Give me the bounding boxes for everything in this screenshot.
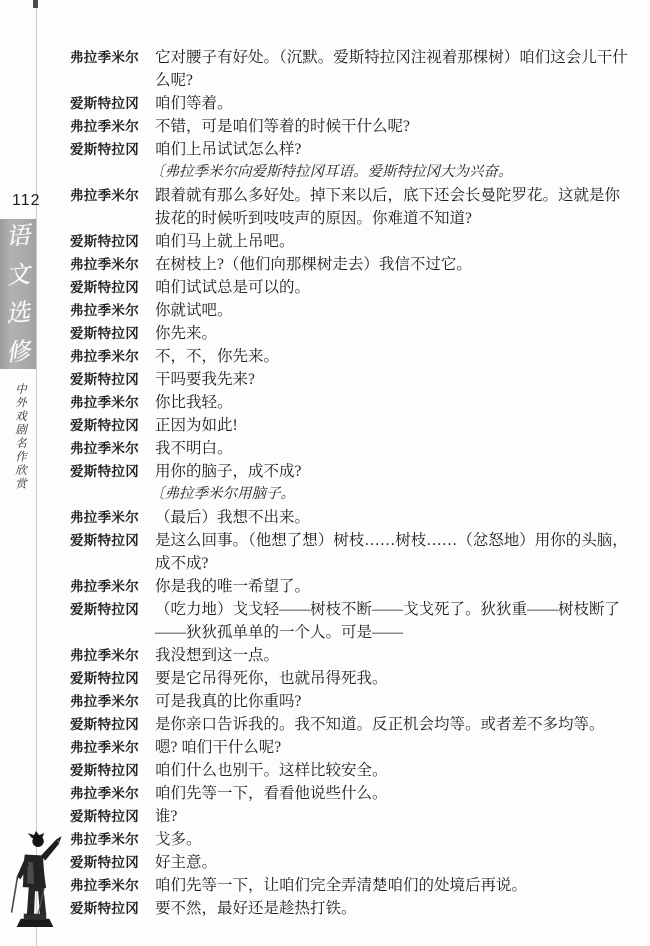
dialogue-row: 爱斯特拉冈咱们等着。 [70, 92, 633, 115]
dialogue-text: 你就试吧。 [155, 299, 633, 322]
speaker-name: 爱斯特拉冈 [70, 598, 155, 621]
spine-band: 语 文 选 修 [0, 219, 36, 369]
dialogue-row: 弗拉季米尔你比我轻。 [70, 391, 633, 414]
dialogue-text: 干吗要我先来? [155, 368, 633, 391]
dialogue-text: 要是它吊得死你，也就吊得死我。 [155, 667, 633, 690]
dialogue-text: 咱们试试总是可以的。 [155, 276, 633, 299]
speaker-name: 爱斯特拉冈 [70, 460, 155, 483]
dialogue-row: 弗拉季米尔跟着就有那么多好处。掉下来以后，底下还会长曼陀罗花。这就是你拔花的时候… [70, 184, 633, 230]
speaker-name: 弗拉季米尔 [70, 391, 155, 414]
dialogue-row: 爱斯特拉冈干吗要我先来? [70, 368, 633, 391]
dialogue-text: 你是我的唯一希望了。 [155, 575, 633, 598]
dialogue-text: 戈多。 [155, 828, 633, 851]
speaker-name: 爱斯特拉冈 [70, 368, 155, 391]
dialogue-text: 正因为如此! [155, 414, 633, 437]
dialogue-row: 弗拉季米尔在树枝上?（他们向那棵树走去）我信不过它。 [70, 253, 633, 276]
dialogue-text: 我不明白。 [155, 437, 633, 460]
speaker-name: 爱斯特拉冈 [70, 138, 155, 161]
play-script: 弗拉季米尔它对腰子有好处。（沉默。爱斯特拉冈注视着那棵树）咱们这会儿干什么呢?爱… [70, 46, 633, 920]
dialogue-row: 弗拉季米尔咱们先等一下，看看他说些什么。 [70, 782, 633, 805]
dialogue-text: 嗯? 咱们干什么呢? [155, 736, 633, 759]
dialogue-row: 弗拉季米尔不，不，你先来。 [70, 345, 633, 368]
dialogue-text: 可是我真的比你重吗? [155, 690, 633, 713]
dialogue-text: 咱们上吊试试怎么样? [155, 138, 633, 161]
speaker-name: 弗拉季米尔 [70, 575, 155, 598]
speaker-name: 爱斯特拉冈 [70, 851, 155, 874]
spine-char: 修 [5, 339, 31, 365]
speaker-name: 弗拉季米尔 [70, 299, 155, 322]
speaker-name: 爱斯特拉冈 [70, 529, 155, 552]
page-number: 112 [12, 192, 41, 210]
stage-direction-text: 〔弗拉季米尔用脑子。 [150, 483, 295, 506]
dialogue-text: （吃力地）戈戈轻——树枝不断——戈戈死了。狄狄重——树枝断了——狄狄孤单单的一个… [155, 598, 633, 644]
dialogue-row: 爱斯特拉冈正因为如此! [70, 414, 633, 437]
dialogue-text: 你先来。 [155, 322, 633, 345]
dialogue-text: 咱们什么也别干。这样比较安全。 [155, 759, 633, 782]
speaker-name: 弗拉季米尔 [70, 115, 155, 138]
dialogue-row: 爱斯特拉冈谁? [70, 805, 633, 828]
dialogue-row: 爱斯特拉冈要不然，最好还是趁热打铁。 [70, 897, 633, 920]
dialogue-text: 跟着就有那么多好处。掉下来以后，底下还会长曼陀罗花。这就是你拔花的时候听到吱吱声… [155, 184, 633, 230]
dialogue-row: 弗拉季米尔它对腰子有好处。（沉默。爱斯特拉冈注视着那棵树）咱们这会儿干什么呢? [70, 46, 633, 92]
dialogue-row: 爱斯特拉冈是你亲口告诉我的。我不知道。反正机会均等。或者差不多均等。 [70, 713, 633, 736]
dialogue-text: 要不然，最好还是趁热打铁。 [155, 897, 633, 920]
speaker-name: 爱斯特拉冈 [70, 92, 155, 115]
dialogue-text: 咱们等着。 [155, 92, 633, 115]
speaker-name: 爱斯特拉冈 [70, 897, 155, 920]
statue-illustration [7, 829, 63, 929]
speaker-name: 弗拉季米尔 [70, 782, 155, 805]
dialogue-row: 爱斯特拉冈要是它吊得死你，也就吊得死我。 [70, 667, 633, 690]
speaker-name: 爱斯特拉冈 [70, 759, 155, 782]
dialogue-text: 是你亲口告诉我的。我不知道。反正机会均等。或者差不多均等。 [155, 713, 633, 736]
dialogue-text: （最后）我想不出来。 [155, 506, 633, 529]
speaker-name: 弗拉季米尔 [70, 184, 155, 207]
dialogue-row: 弗拉季米尔你是我的唯一希望了。 [70, 575, 633, 598]
dialogue-row: 爱斯特拉冈（吃力地）戈戈轻——树枝不断——戈戈死了。狄狄重——树枝断了——狄狄孤… [70, 598, 633, 644]
dialogue-text: 不，不，你先来。 [155, 345, 633, 368]
speaker-name: 弗拉季米尔 [70, 46, 155, 69]
dialogue-row: 爱斯特拉冈咱们马上就上吊吧。 [70, 230, 633, 253]
stage-direction-text: 〔弗拉季米尔向爱斯特拉冈耳语。爱斯特拉冈大为兴奋。 [150, 161, 513, 184]
dialogue-row: 弗拉季米尔不错，可是咱们等着的时候干什么呢? [70, 115, 633, 138]
speaker-name: 弗拉季米尔 [70, 437, 155, 460]
dialogue-row: 爱斯特拉冈用你的脑子，成不成? [70, 460, 633, 483]
dialogue-text: 它对腰子有好处。（沉默。爱斯特拉冈注视着那棵树）咱们这会儿干什么呢? [155, 46, 633, 92]
dialogue-text: 在树枝上?（他们向那棵树走去）我信不过它。 [155, 253, 633, 276]
spine-char: 语 [5, 223, 31, 249]
dialogue-row: 爱斯特拉冈咱们上吊试试怎么样? [70, 138, 633, 161]
dialogue-text: 你比我轻。 [155, 391, 633, 414]
speaker-name: 弗拉季米尔 [70, 253, 155, 276]
speaker-name: 爱斯特拉冈 [70, 322, 155, 345]
dialogue-text: 用你的脑子，成不成? [155, 460, 633, 483]
dialogue-row: 爱斯特拉冈是这么回事。（他想了想）树枝……树枝……（忿怒地）用你的头脑，成不成? [70, 529, 633, 575]
dialogue-row: 弗拉季米尔你就试吧。 [70, 299, 633, 322]
dialogue-row: 爱斯特拉冈你先来。 [70, 322, 633, 345]
speaker-name: 爱斯特拉冈 [70, 230, 155, 253]
margin-rule [36, 0, 37, 946]
book-page: 112 语 文 选 修 中外戏剧名作欣赏 弗拉季米尔它对腰子有好处。（沉默。爱斯… [0, 0, 650, 946]
speaker-name: 弗拉季米尔 [70, 644, 155, 667]
speaker-name: 爱斯特拉冈 [70, 414, 155, 437]
dialogue-row: 爱斯特拉冈咱们试试总是可以的。 [70, 276, 633, 299]
dialogue-row: 弗拉季米尔（最后）我想不出来。 [70, 506, 633, 529]
speaker-name: 弗拉季米尔 [70, 828, 155, 851]
dialogue-text: 不错，可是咱们等着的时候干什么呢? [155, 115, 633, 138]
speaker-name: 弗拉季米尔 [70, 506, 155, 529]
speaker-name: 弗拉季米尔 [70, 874, 155, 897]
speaker-name: 弗拉季米尔 [70, 690, 155, 713]
dialogue-text: 我没想到这一点。 [155, 644, 633, 667]
dialogue-row: 弗拉季米尔咱们先等一下，让咱们完全弄清楚咱们的处境后再说。 [70, 874, 633, 897]
speaker-name: 弗拉季米尔 [70, 736, 155, 759]
dialogue-row: 弗拉季米尔我不明白。 [70, 437, 633, 460]
dialogue-row: 爱斯特拉冈咱们什么也别干。这样比较安全。 [70, 759, 633, 782]
speaker-name: 爱斯特拉冈 [70, 276, 155, 299]
stage-direction-row: 〔弗拉季米尔向爱斯特拉冈耳语。爱斯特拉冈大为兴奋。 [70, 161, 633, 184]
speaker-name: 弗拉季米尔 [70, 345, 155, 368]
dialogue-row: 爱斯特拉冈好主意。 [70, 851, 633, 874]
dialogue-text: 咱们先等一下，让咱们完全弄清楚咱们的处境后再说。 [155, 874, 633, 897]
stage-direction-row: 〔弗拉季米尔用脑子。 [70, 483, 633, 506]
spine-char: 文 [5, 262, 31, 288]
dialogue-text: 咱们先等一下，看看他说些什么。 [155, 782, 633, 805]
dialogue-row: 弗拉季米尔嗯? 咱们干什么呢? [70, 736, 633, 759]
dialogue-rows: 弗拉季米尔它对腰子有好处。（沉默。爱斯特拉冈注视着那棵树）咱们这会儿干什么呢?爱… [70, 46, 633, 920]
dialogue-text: 谁? [155, 805, 633, 828]
dialogue-text: 是这么回事。（他想了想）树枝……树枝……（忿怒地）用你的头脑，成不成? [155, 529, 633, 575]
spine-char: 选 [5, 300, 31, 326]
dialogue-row: 弗拉季米尔可是我真的比你重吗? [70, 690, 633, 713]
series-title: 中外戏剧名作欣赏 [12, 383, 28, 491]
dialogue-row: 弗拉季米尔我没想到这一点。 [70, 644, 633, 667]
speaker-name: 爱斯特拉冈 [70, 805, 155, 828]
dialogue-text: 咱们马上就上吊吧。 [155, 230, 633, 253]
speaker-name: 爱斯特拉冈 [70, 667, 155, 690]
dialogue-row: 弗拉季米尔戈多。 [70, 828, 633, 851]
margin-rule-tip [33, 0, 38, 8]
speaker-name: 爱斯特拉冈 [70, 713, 155, 736]
dialogue-text: 好主意。 [155, 851, 633, 874]
